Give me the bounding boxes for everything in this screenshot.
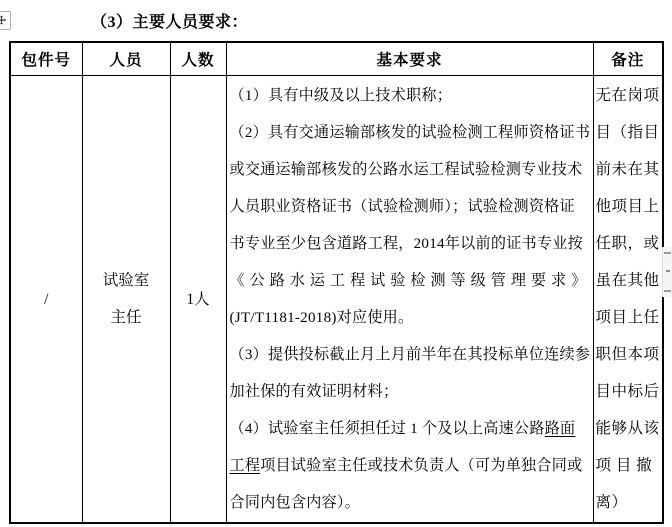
- remark-line: 前未在其: [596, 151, 663, 188]
- header-basic-requirements: 基本要求: [226, 42, 593, 76]
- cell-count: 1人: [170, 76, 226, 524]
- header-package-no: 包件号: [10, 42, 82, 76]
- cell-remark: 无在岗项目（指目前未在其他项目上任职，或虽在其他项目上任职但本项目中标后能够从该…: [593, 76, 663, 524]
- table-header-row: 包件号 人员 人数 基本要求 备注: [10, 42, 663, 76]
- requirement-line: （4）试验室主任须担任过 1 个及以上高速公路路面: [230, 411, 592, 448]
- requirement-line: （1）具有中级及以上技术职称；: [230, 78, 592, 115]
- remark-line: 无在岗项: [596, 77, 663, 114]
- remark-line: 能够从该: [596, 410, 663, 447]
- requirement-line: 人员职业资格证书（试验检测师）；试验检测资格证: [230, 189, 592, 226]
- cell-requirements: （1）具有中级及以上技术职称；（2）具有交通运输部核发的试验检测工程师资格证书或…: [226, 76, 593, 524]
- personnel-requirements-table: 包件号 人员 人数 基本要求 备注 / 试验室 主任 1人 （1）具有中级及以上…: [9, 41, 664, 524]
- section-title: （3）主要人员要求：: [91, 9, 248, 32]
- remark-line: 项目上任: [596, 299, 663, 336]
- remark-line: 目（指目: [596, 114, 663, 151]
- person-line: 主任: [83, 299, 170, 336]
- scrollbar-thumb[interactable]: [662, 247, 672, 297]
- table-row: / 试验室 主任 1人 （1）具有中级及以上技术职称；（2）具有交通运输部核发的…: [10, 76, 663, 524]
- requirement-line: 书专业至少包含道路工程，2014年以前的证书专业按: [230, 226, 592, 263]
- requirement-line: (JT/T1181-2018)对应使用。: [230, 300, 592, 337]
- header-remark: 备注: [593, 42, 663, 76]
- person-line: 试验室: [83, 262, 170, 299]
- remark-line: 任职，或: [596, 225, 663, 262]
- document-page: （3）主要人员要求： 包件号 人员 人数 基本要求 备注 / 试验室 主任 1人: [0, 0, 672, 527]
- requirement-line: 《公路水运工程试验检测等级管理要求》: [230, 263, 592, 300]
- remark-line: 项 目 撤: [596, 447, 663, 484]
- cell-package-no: /: [10, 76, 82, 524]
- requirement-line: （2）具有交通运输部核发的试验检测工程师资格证书: [230, 115, 592, 152]
- move-arrows-icon: [0, 15, 7, 26]
- requirement-line: 工程项目试验室主任或技术负责人（可为单独合同或: [230, 448, 592, 485]
- header-count: 人数: [170, 42, 226, 76]
- requirement-line: 合同内包含内容）。: [230, 485, 592, 522]
- remark-line: 目中标后: [596, 373, 663, 410]
- remark-line: 职但本项: [596, 336, 663, 373]
- requirement-line: （3）提供投标截止月上月前半年在其投标单位连续参: [230, 337, 592, 374]
- requirement-line: 加社保的有效证明材料；: [230, 374, 592, 411]
- remark-line: 虽在其他: [596, 262, 663, 299]
- remark-line: 离）: [596, 484, 663, 521]
- cell-person: 试验室 主任: [82, 76, 170, 524]
- header-person: 人员: [82, 42, 170, 76]
- requirement-line: 或交通运输部核发的公路水运工程试验检测专业技术: [230, 152, 592, 189]
- scrollbar-grip-line: [664, 290, 671, 292]
- scrollbar-grip-line: [664, 252, 671, 254]
- scrollbar-grip-line: [666, 270, 670, 272]
- remark-line: 他项目上: [596, 188, 663, 225]
- table-move-handle[interactable]: [0, 11, 11, 30]
